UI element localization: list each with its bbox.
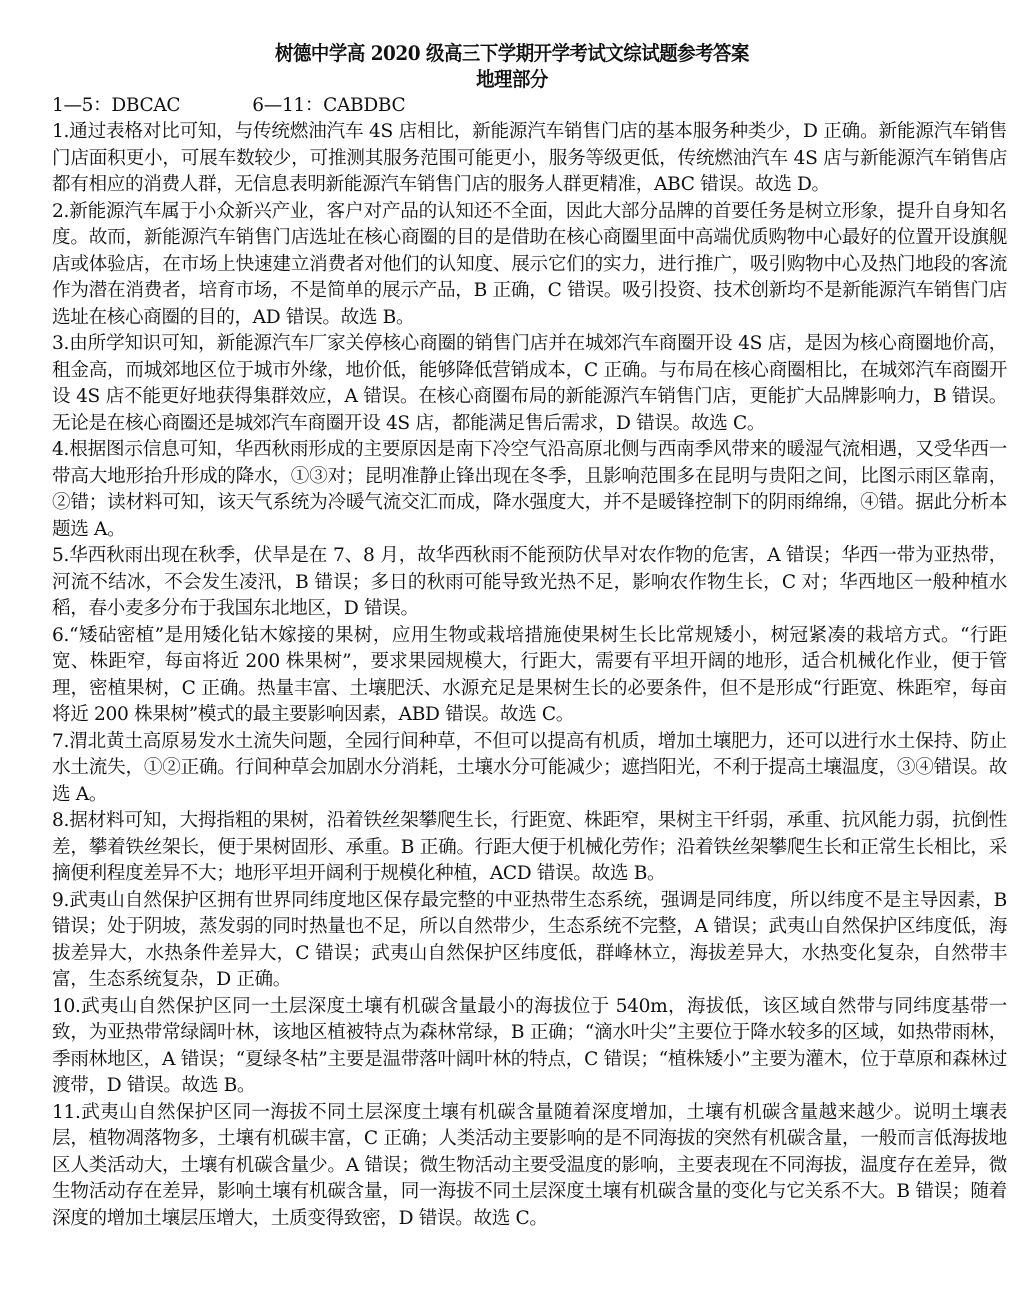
explanation-number: 1. — [52, 121, 69, 142]
explanation-text: 新能源汽车属于小众新兴产业，客户对产品的认知还不全面，因此大部分品牌的首要任务是… — [52, 201, 1007, 328]
explanation-9: 9.武夷山自然保护区拥有世界同纬度地区保存最完整的中亚热带生态系统，强调是同纬度… — [52, 888, 1007, 994]
explanation-number: 2. — [52, 201, 69, 222]
explanation-text: 通过表格对比可知，与传统燃油汽车 4S 店相比，新能源汽车销售门店的基本服务种类… — [52, 121, 1007, 195]
explanation-5: 5.华西秋雨出现在秋季，伏旱是在 7、8 月，故华西秋雨不能预防伏旱对农作物的危… — [52, 543, 1007, 623]
explanation-8: 8.据材料可知，大拇指粗的果树，沿着铁丝架攀爬生长，行距宽、株距窄，果树主干纤弱… — [52, 808, 1007, 888]
answer-key: 1—5：DBCAC6—11：CABDBC — [52, 93, 405, 119]
explanation-text: 武夷山自然保护区同一海拔不同土层深度土壤有机碳含量随着深度增加，土壤有机碳含量越… — [52, 1102, 1007, 1229]
explanations-list: 1.通过表格对比可知，与传统燃油汽车 4S 店相比，新能源汽车销售门店的基本服务… — [52, 119, 1007, 1232]
explanation-number: 11. — [52, 1102, 81, 1123]
explanation-number: 7. — [52, 731, 69, 752]
explanation-11: 11.武夷山自然保护区同一海拔不同土层深度土壤有机碳含量随着深度增加，土壤有机碳… — [52, 1100, 1007, 1233]
explanation-number: 4. — [52, 439, 69, 460]
explanation-1: 1.通过表格对比可知，与传统燃油汽车 4S 店相比，新能源汽车销售门店的基本服务… — [52, 119, 1007, 199]
explanation-number: 9. — [52, 890, 69, 911]
explanation-text: 华西秋雨出现在秋季，伏旱是在 7、8 月，故华西秋雨不能预防伏旱对农作物的危害，… — [52, 545, 1007, 619]
answer-document-page: 树德中学高 2020 级高三下学期开学考试文综试题参考答案 地理部分 1—5：D… — [0, 0, 1024, 1289]
section-title: 地理部分 — [41, 66, 983, 92]
explanation-number: 5. — [52, 545, 69, 566]
explanation-3: 3.由所学知识可知，新能源汽车厂家关停核心商圈的销售门店并在城郊汽车商圈开设 4… — [52, 331, 1007, 437]
answer-group-1-values: DBCAC — [111, 95, 180, 116]
explanation-7: 7.渭北黄土高原易发水土流失问题，全园行间种草，不但可以提高有机质，增加土壤肥力… — [52, 729, 1007, 809]
explanation-text: 渭北黄土高原易发水土流失问题，全园行间种草，不但可以提高有机质，增加土壤肥力，还… — [52, 731, 1007, 805]
explanation-text: 武夷山自然保护区同一土层深度土壤有机碳含量最小的海拔位于 540m，海拔低，该区… — [52, 996, 1007, 1097]
explanation-10: 10.武夷山自然保护区同一土层深度土壤有机碳含量最小的海拔位于 540m，海拔低… — [52, 994, 1007, 1100]
explanation-4: 4.根据图示信息可知，华西秋雨形成的主要原因是南下冷空气沿高原北侧与西南季风带来… — [52, 437, 1007, 543]
explanation-text: “矮砧密植”是用矮化钻木嫁接的果树，应用生物或栽培措施使果树生长比常规矮小，树冠… — [52, 625, 1007, 726]
explanation-number: 8. — [52, 810, 69, 831]
answer-group-1-label: 1—5： — [52, 95, 111, 116]
answer-group-2-values: CABDBC — [323, 95, 405, 116]
explanation-number: 6. — [52, 625, 69, 646]
explanation-6: 6.“矮砧密植”是用矮化钻木嫁接的果树，应用生物或栽培措施使果树生长比常规矮小，… — [52, 623, 1007, 729]
explanation-number: 10. — [52, 996, 81, 1017]
explanation-text: 据材料可知，大拇指粗的果树，沿着铁丝架攀爬生长，行距宽、株距窄，果树主干纤弱，承… — [52, 810, 1007, 884]
explanation-text: 武夷山自然保护区拥有世界同纬度地区保存最完整的中亚热带生态系统，强调是同纬度，所… — [52, 890, 1007, 991]
answer-group-2-label: 6—11： — [252, 95, 323, 116]
explanation-2: 2.新能源汽车属于小众新兴产业，客户对产品的认知还不全面，因此大部分品牌的首要任… — [52, 199, 1007, 332]
explanation-text: 根据图示信息可知，华西秋雨形成的主要原因是南下冷空气沿高原北侧与西南季风带来的暖… — [52, 439, 1007, 540]
explanation-text: 由所学知识可知，新能源汽车厂家关停核心商圈的销售门店并在城郊汽车商圈开设 4S … — [52, 333, 1007, 434]
document-title: 树德中学高 2020 级高三下学期开学考试文综试题参考答案 — [41, 40, 983, 66]
explanation-number: 3. — [52, 333, 69, 354]
